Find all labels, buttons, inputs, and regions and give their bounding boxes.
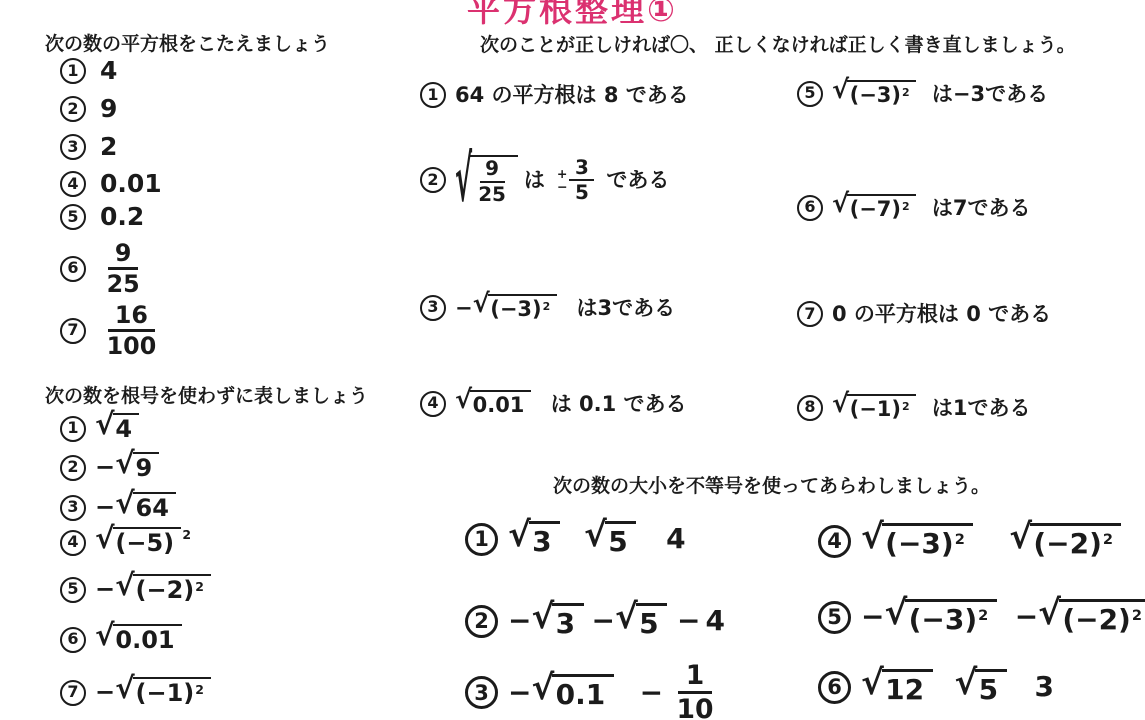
math-expression: 4 [100, 57, 117, 86]
problem-item: 4√(−3)2√(−2)2 [818, 523, 1121, 560]
math-text: − [95, 494, 115, 522]
math-expression: −√(−3)2は3である [455, 294, 675, 321]
item-number-badge: 3 [60, 495, 86, 521]
radical-sign-icon: √ [508, 520, 531, 550]
item-number-badge: 2 [420, 167, 446, 193]
math-text: − [508, 605, 531, 637]
square-root: √(−2)2 [115, 574, 211, 605]
problem-item: 4√(−5)2 [60, 527, 191, 558]
item-number-badge: 6 [60, 256, 86, 282]
square-root: √4 [95, 413, 139, 444]
square-root: √12 [861, 669, 933, 706]
math-expression: −√(−2)2 [95, 574, 211, 605]
exponent: 2 [955, 531, 965, 548]
radical-sign-icon: √ [584, 520, 607, 550]
item-number-badge: 5 [60, 577, 86, 603]
fraction-denominator: 5 [569, 181, 594, 204]
math-text: − [508, 677, 531, 709]
math-text: − [95, 454, 115, 482]
math-expression: −√64 [95, 492, 176, 523]
problem-item: 1√4 [60, 413, 139, 444]
math-text: − [861, 601, 884, 633]
math-expression: 16100 [100, 302, 163, 359]
square-root: √(−3)2 [861, 523, 973, 560]
item-number-badge: 6 [797, 195, 823, 221]
radicand: (−2)2 [1059, 599, 1145, 636]
radicand: 5 [975, 669, 1006, 706]
fraction: 110 [669, 661, 721, 720]
math-text: は [524, 168, 545, 192]
math-expression: √(−3)2√(−2)2 [861, 523, 1121, 560]
fraction-numerator: 1 [678, 661, 711, 694]
math-text: (−3) [850, 83, 901, 107]
math-text: 4 [100, 57, 117, 86]
math-text: − [640, 677, 663, 709]
math-text: (−2) [136, 576, 195, 604]
item-number-badge: 4 [60, 171, 86, 197]
math-expression: √0.01 [95, 624, 182, 655]
math-text: (−1) [850, 397, 901, 421]
math-text: − [677, 605, 700, 637]
radicand: 5 [605, 521, 636, 558]
fraction-numerator: 9 [108, 240, 138, 270]
exponent: 2 [195, 579, 204, 594]
radicand: 925 [470, 155, 518, 206]
problem-item: 14 [60, 57, 117, 86]
math-expression: 925 [100, 240, 146, 297]
fraction-denominator: 100 [100, 332, 163, 359]
math-text: (−1) [136, 679, 195, 707]
radical-sign-icon: √ [1038, 598, 1061, 628]
radicand: (−5) [113, 527, 182, 558]
item-number-badge: 3 [465, 676, 498, 709]
math-expression: √3√54 [508, 521, 686, 558]
square-root: √5 [955, 669, 1007, 706]
fraction: 925 [100, 240, 146, 297]
section-header-true-false: 次のことが正しければ〇、 正しくなければ正しく書き直しましょう。 [480, 30, 1076, 57]
problem-item: 3−√0.1−110 [465, 661, 721, 720]
exponent: 2 [182, 528, 191, 542]
problem-item: 6√(−7)2は7である [797, 194, 1031, 221]
math-text: 0.1 [556, 678, 606, 711]
math-text: 0.01 [473, 393, 525, 417]
problem-item: 29 [60, 95, 117, 124]
square-root: √(−3)2 [884, 599, 996, 636]
problem-item: 5−√(−2)2 [60, 574, 211, 605]
math-expression: √4 [95, 413, 139, 444]
radicand: 5 [636, 603, 667, 640]
math-text: 5 [639, 607, 658, 640]
exponent: 2 [1103, 531, 1113, 548]
math-expression: 64 の平方根は 8 である [455, 83, 689, 107]
radicand: 4 [113, 413, 140, 444]
problem-item: 6√0.01 [60, 624, 182, 655]
math-expression: √(−5)2 [95, 527, 191, 558]
radicand: (−2)2 [133, 574, 212, 605]
math-expression: −√3−√5−4 [508, 603, 725, 640]
math-text: 4 [705, 605, 724, 637]
math-text: − [95, 576, 115, 604]
math-text: 0.2 [100, 203, 144, 232]
square-root: √(−3)2 [473, 294, 557, 321]
problem-item: 70 の平方根は 0 である [797, 301, 1051, 327]
radicand: 12 [882, 669, 933, 706]
math-text: (−7) [850, 197, 901, 221]
math-text: 4 [115, 415, 132, 443]
item-number-badge: 8 [797, 395, 823, 421]
math-expression: √12√53 [861, 669, 1054, 706]
math-expression: 0.01 [100, 170, 162, 199]
math-text: − [455, 296, 473, 320]
square-root: √(−7)2 [832, 194, 916, 221]
fraction-numerator: 16 [108, 302, 154, 332]
math-text: − [1015, 601, 1038, 633]
square-root: √0.1 [531, 674, 613, 711]
math-expression: √(−7)2は7である [832, 194, 1031, 221]
math-text: は 0.1 である [551, 392, 687, 416]
item-number-badge: 3 [420, 295, 446, 321]
item-number-badge: 5 [818, 601, 851, 634]
math-text: 3 [556, 607, 575, 640]
item-number-badge: 1 [60, 58, 86, 84]
square-root: √5 [584, 521, 636, 558]
item-number-badge: 1 [465, 523, 498, 556]
math-text: 0.01 [115, 626, 174, 654]
section-header-no-radical: 次の数を根号を使わずに表しましょう [45, 381, 368, 408]
radicand: (−3)2 [905, 599, 996, 636]
math-expression: −√(−3)2−√(−2)2 [861, 599, 1145, 636]
math-text: 9 [136, 454, 153, 482]
radical-sign-icon: √ [455, 154, 472, 209]
square-root: √5 [615, 603, 667, 640]
item-number-badge: 4 [420, 391, 446, 417]
worksheet-title: 平方根整理① [0, 0, 1145, 31]
problem-item: 3−√64 [60, 492, 176, 523]
math-text: は1である [932, 396, 1031, 420]
math-text: は3である [577, 296, 676, 320]
item-number-badge: 3 [60, 134, 86, 160]
math-text: 5 [979, 673, 998, 706]
square-root: √(−1)2 [832, 394, 916, 421]
radicand: 0.01 [470, 390, 531, 417]
math-expression: 9 [100, 95, 117, 124]
item-number-badge: 2 [465, 605, 498, 638]
problem-item: 5−√(−3)2−√(−2)2 [818, 599, 1145, 636]
math-text: 2 [100, 133, 117, 162]
radical-sign-icon: √ [884, 598, 907, 628]
math-text: 9 [100, 95, 117, 124]
exponent: 2 [902, 86, 910, 99]
radical-sign-icon: √ [531, 602, 554, 632]
problem-item: 50.2 [60, 203, 144, 232]
exponent: 2 [195, 682, 204, 697]
problem-item: 5√(−3)2は−3である [797, 80, 1048, 107]
exponent: 2 [1132, 607, 1142, 624]
item-number-badge: 1 [60, 416, 86, 442]
fraction-denominator: 10 [669, 694, 721, 720]
problem-item: 4√0.01は 0.1 である [420, 390, 687, 417]
math-expression: 0.2 [100, 203, 144, 232]
radical-sign-icon: √ [955, 668, 978, 698]
radical-sign-icon: √ [861, 522, 884, 552]
math-text: は7である [932, 196, 1031, 220]
fraction-denominator: 25 [100, 270, 146, 297]
math-expression: √(−1)2は1である [832, 394, 1031, 421]
exponent: 2 [902, 400, 910, 413]
math-expression: 0 の平方根は 0 である [832, 302, 1051, 326]
radical-sign-icon: √ [531, 673, 554, 703]
square-root: √9 [115, 452, 159, 483]
problem-item: 3−√(−3)2は3である [420, 294, 675, 321]
fraction-numerator: 9 [480, 158, 505, 183]
radicand: 0.1 [552, 674, 613, 711]
radicand: (−3)2 [488, 294, 557, 321]
math-text: 12 [885, 673, 924, 706]
fraction: 35 [569, 157, 594, 204]
square-root: √(−1)2 [115, 677, 211, 708]
radicand: 3 [552, 603, 583, 640]
math-expression: 2 [100, 133, 117, 162]
exponent: 2 [902, 200, 910, 213]
math-expression: √925は+−35である [455, 155, 669, 206]
square-root: √64 [115, 492, 176, 523]
exponent: 2 [543, 300, 551, 313]
problem-item: 6925 [60, 240, 146, 297]
math-expression: √0.01は 0.1 である [455, 390, 687, 417]
item-number-badge: 4 [60, 530, 86, 556]
item-number-badge: 7 [797, 301, 823, 327]
fraction: 925 [473, 158, 512, 205]
math-text: は−3である [932, 82, 1048, 106]
math-expression: −√9 [95, 452, 159, 483]
square-root: √(−2)2 [1009, 523, 1121, 560]
math-text: − [592, 605, 615, 637]
radical-sign-icon: √ [615, 602, 638, 632]
square-root: √(−2)2 [1038, 599, 1145, 636]
item-number-badge: 2 [60, 455, 86, 481]
math-text: 5 [608, 525, 627, 558]
radicand: 64 [133, 492, 176, 523]
math-text: 0 の平方根は 0 である [832, 302, 1051, 326]
problem-item: 40.01 [60, 170, 162, 199]
math-text: (−2) [1062, 603, 1131, 636]
math-text: 3 [532, 525, 551, 558]
worksheet-page: 平方根整理① 次の数の平方根をこたえましょう 14293240.0150.269… [0, 0, 1145, 720]
item-number-badge: 6 [818, 671, 851, 704]
item-number-badge: 7 [60, 318, 86, 344]
radicand: (−1)2 [133, 677, 212, 708]
math-expression: −√(−1)2 [95, 677, 211, 708]
item-number-badge: 4 [818, 525, 851, 558]
radicand: (−7)2 [847, 194, 916, 221]
math-text: (−2) [1033, 527, 1102, 560]
problem-item: 2√925は+−35である [420, 155, 669, 206]
item-number-badge: 1 [420, 82, 446, 108]
item-number-badge: 5 [60, 204, 86, 230]
math-text: である [606, 168, 669, 192]
fraction-numerator: 3 [569, 157, 594, 182]
math-text: 3 [1035, 671, 1054, 703]
item-number-badge: 5 [797, 81, 823, 107]
radicand: (−1)2 [847, 394, 916, 421]
section-header-square-roots: 次の数の平方根をこたえましょう [45, 29, 330, 56]
math-text: − [95, 679, 115, 707]
math-text: (−5) [115, 529, 174, 557]
problem-item: 164 の平方根は 8 である [420, 82, 689, 108]
square-root: √3 [531, 603, 583, 640]
math-expression: −√0.1−110 [508, 661, 721, 720]
square-root: √(−5) [95, 527, 181, 558]
radicand: 0.01 [113, 624, 182, 655]
radicand: (−3)2 [882, 523, 973, 560]
radicand: (−3)2 [847, 80, 916, 107]
radical-sign-icon: √ [861, 668, 884, 698]
problem-item: 1√3√54 [465, 521, 686, 558]
square-root: √0.01 [455, 390, 531, 417]
item-number-badge: 6 [60, 627, 86, 653]
radicand: (−2)2 [1030, 523, 1121, 560]
math-text: (−3) [909, 603, 978, 636]
plus-minus-sign: +− [557, 167, 568, 193]
math-text: 4 [666, 523, 685, 555]
problem-item: 6√12√53 [818, 669, 1054, 706]
square-root: √0.01 [95, 624, 182, 655]
problem-item: 716100 [60, 302, 163, 359]
square-root: √(−3)2 [832, 80, 916, 107]
fraction: 16100 [100, 302, 163, 359]
item-number-badge: 7 [60, 680, 86, 706]
square-root: √925 [455, 155, 518, 206]
minus-sign: − [557, 180, 568, 193]
radicand: 3 [529, 521, 560, 558]
problem-item: 2−√3−√5−4 [465, 603, 725, 640]
math-text: 0.01 [100, 170, 162, 199]
item-number-badge: 2 [60, 96, 86, 122]
math-text: 64 [136, 494, 169, 522]
fraction-denominator: 25 [473, 183, 512, 206]
problem-item: 32 [60, 133, 117, 162]
square-root: √3 [508, 521, 560, 558]
exponent: 2 [978, 607, 988, 624]
problem-item: 7−√(−1)2 [60, 677, 211, 708]
problem-item: 2−√9 [60, 452, 159, 483]
math-expression: √(−3)2は−3である [832, 80, 1048, 107]
math-text: (−3) [885, 527, 954, 560]
radicand: 9 [133, 452, 160, 483]
radical-sign-icon: √ [1009, 522, 1032, 552]
section-header-compare: 次の数の大小を不等号を使ってあらわしましょう。 [553, 471, 990, 498]
math-text: (−3) [490, 297, 541, 321]
math-text: 64 の平方根は 8 である [455, 83, 689, 107]
problem-item: 8√(−1)2は1である [797, 394, 1031, 421]
